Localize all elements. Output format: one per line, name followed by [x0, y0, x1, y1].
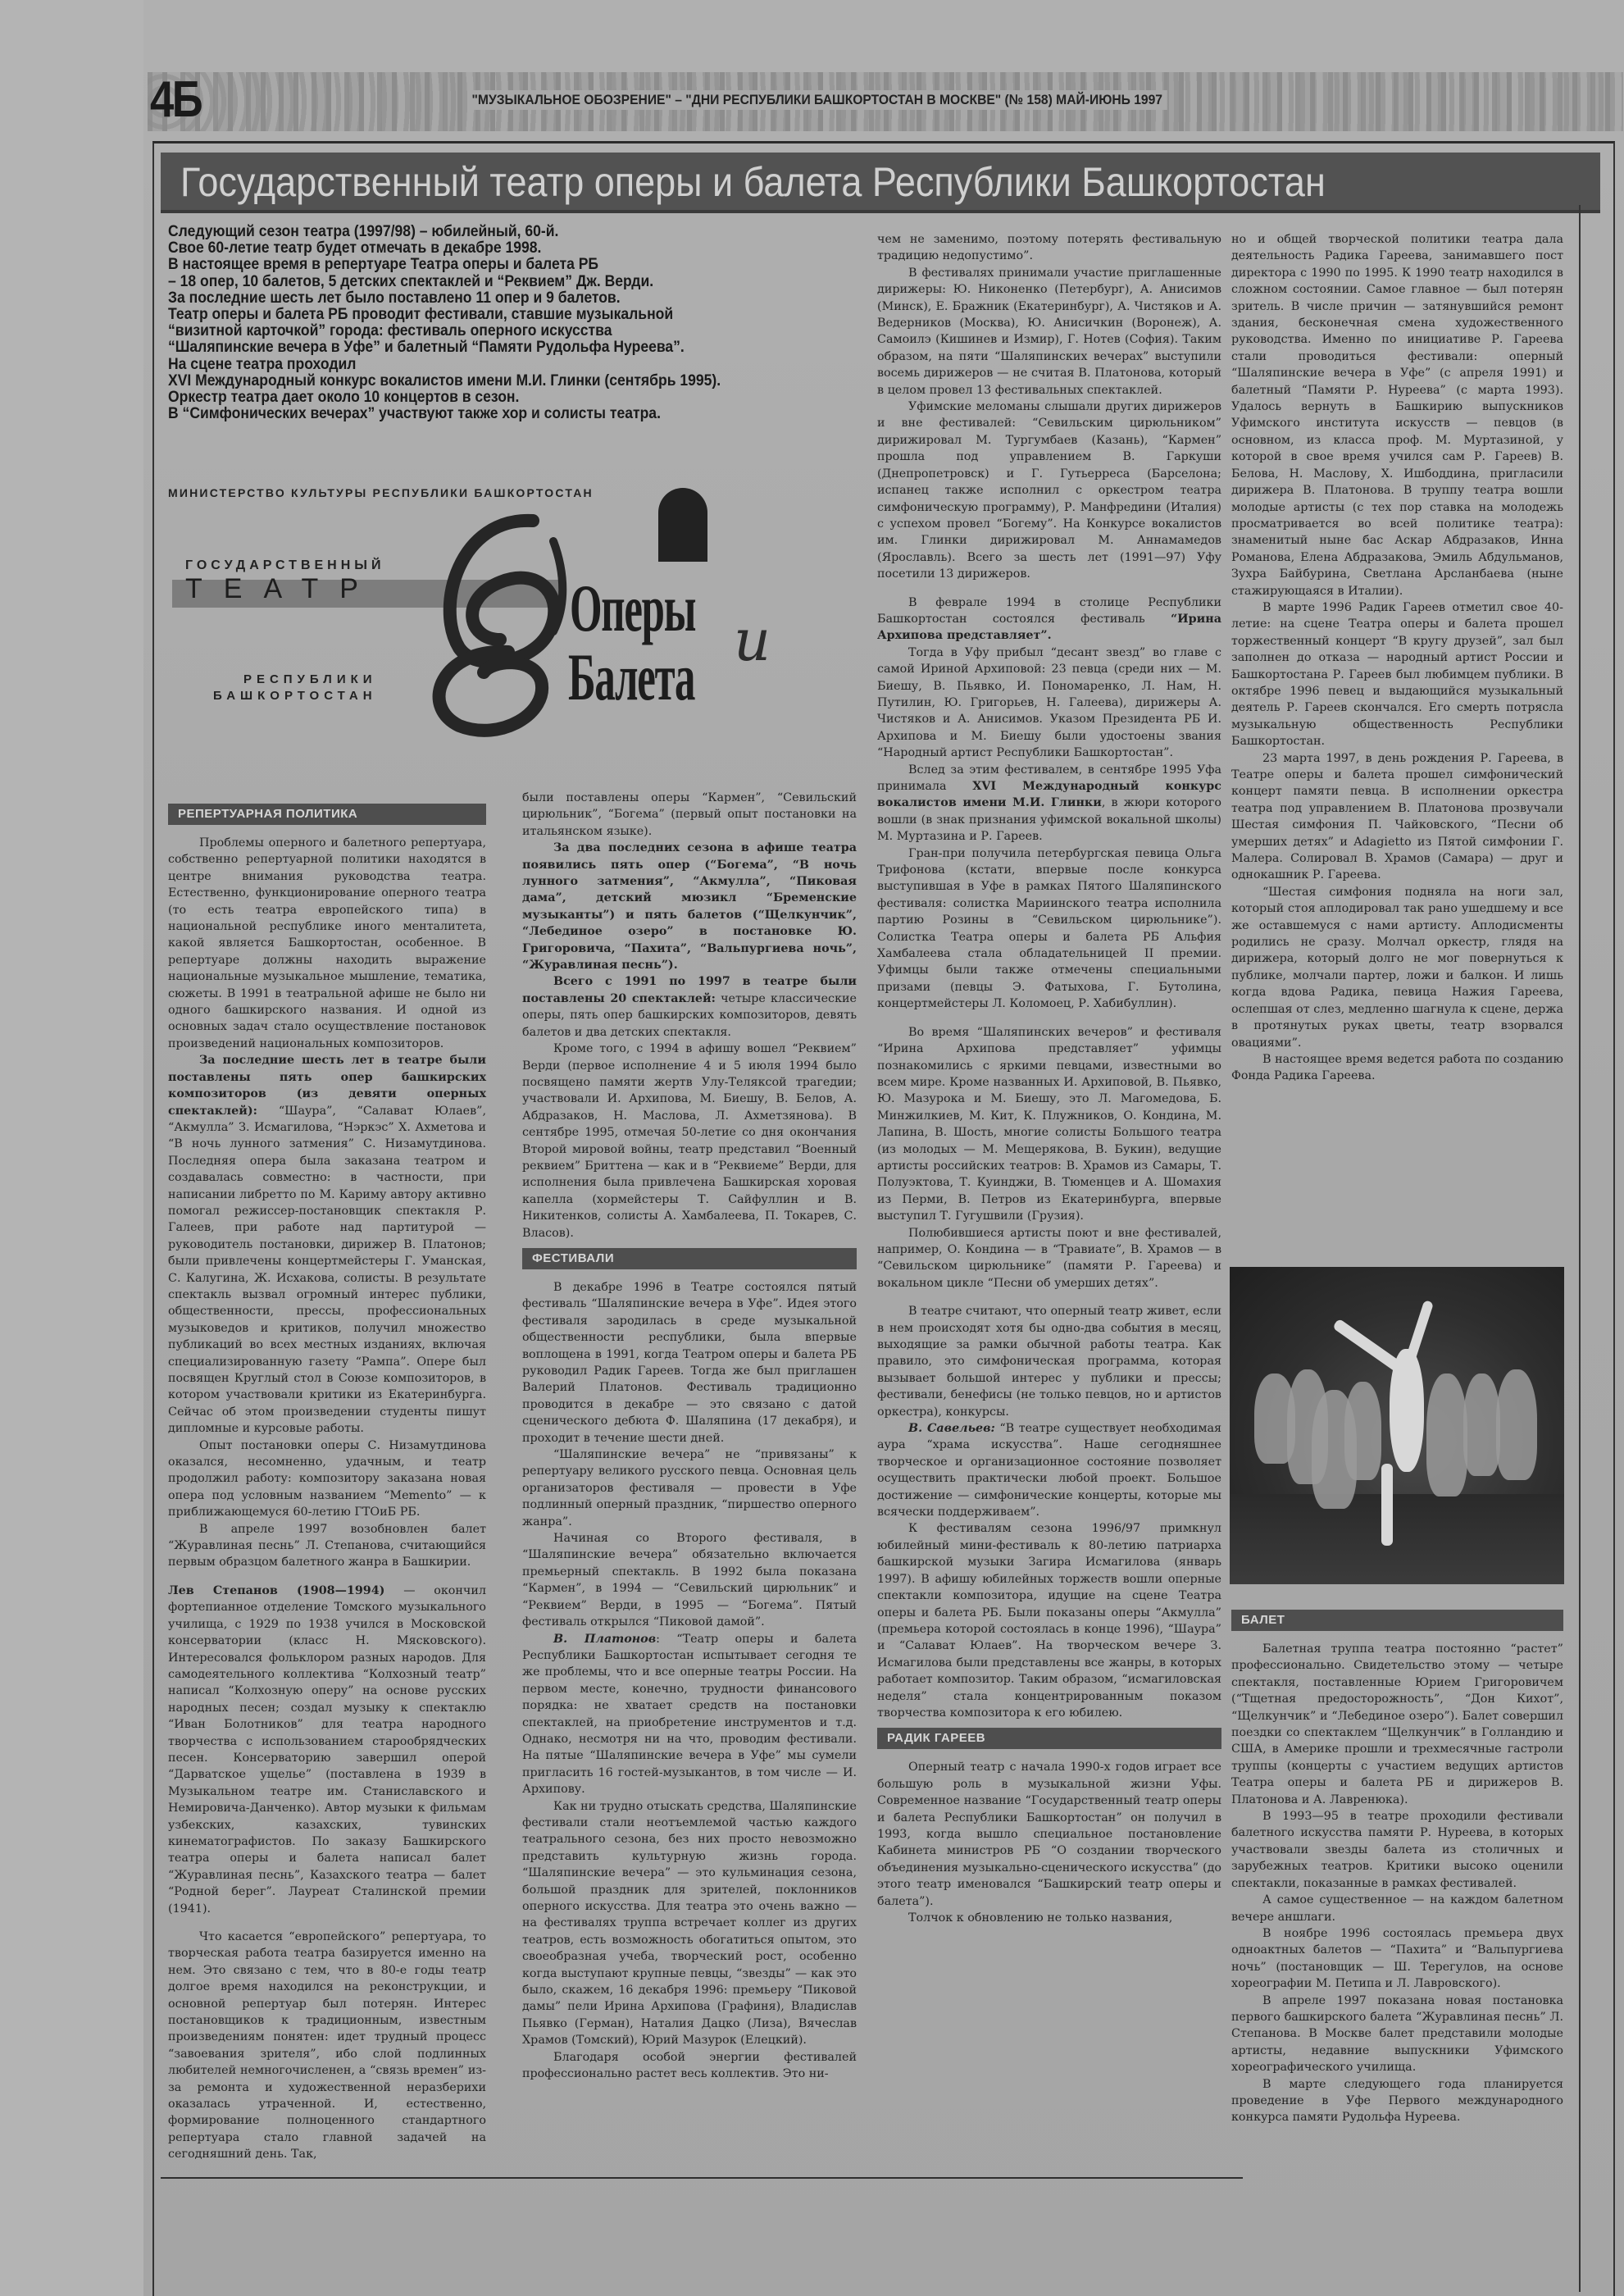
lead-line: На сцене театра проходил [168, 356, 729, 372]
quote-text: : “Театр оперы и балета Республики Башко… [522, 1633, 857, 1797]
logo-pillar-icon [658, 488, 707, 562]
page-title: Государственный театр оперы и балета Рес… [180, 153, 1449, 212]
lead-line: “Шаляпинские вечера в Уфе” и балетный “П… [168, 339, 729, 355]
dancer-figure [1496, 1369, 1537, 1480]
paragraph: В феврале 1994 в столице Республики Башк… [877, 594, 1221, 645]
paragraph: “Шаляпинские вечера” не “привязаны” к ре… [522, 1446, 857, 1530]
logo-republic-text: РЕСПУБЛИКИ БАШКОРТОСТАН [213, 672, 377, 704]
dancer-figure [1344, 1382, 1381, 1480]
ballerina-leg [1381, 1464, 1393, 1546]
quote-text: “В театре существует необходимая аура “х… [877, 1422, 1221, 1519]
paragraph: Толчок к обновлению не только названия, [877, 1910, 1221, 1926]
paragraph: Всего с 1991 по 1997 в театре были поста… [522, 973, 857, 1041]
lead-summary: Следующий сезон театра (1997/98) – юбиле… [168, 223, 729, 421]
lead-line: В “Симфонических вечерах” участвуют такж… [168, 405, 729, 421]
newspaper-page: 4Б "МУЗЫКАЛЬНОЕ ОБОЗРЕНИЕ" – "ДНИ РЕСПУБ… [0, 0, 1624, 2296]
logo-ballet-text: Балета [568, 639, 694, 716]
paragraph: В настоящее время ведется работа по созд… [1231, 1051, 1563, 1085]
paragraph: Благодаря особой энергии фестивалей проф… [522, 2049, 857, 2083]
section-heading-repertoire: РЕПЕРТУАРНАЯ ПОЛИТИКА [168, 804, 486, 825]
paragraph: Кроме того, с 1994 в афишу вошел “Реквие… [522, 1041, 857, 1241]
paragraph: В марте следующего года планируется пров… [1231, 2076, 1563, 2126]
lead-line: XVI Международный конкурс вокалистов име… [168, 372, 729, 389]
column-rule [1579, 205, 1581, 2292]
stage-floor [1230, 1494, 1564, 1584]
paragraph: Во время “Шаляпинских вечеров” и фестива… [877, 1024, 1221, 1225]
paragraph: В фестивалях принимали участие приглашен… [877, 265, 1221, 399]
paragraph: чем не заменимо, поэтому потерять фестив… [877, 231, 1221, 265]
paragraph: К фестивалям сезона 1996/97 примкнул юби… [877, 1520, 1221, 1721]
theatre-logo: ГОСУДАРСТВЕННЫЙ ТЕАТР РЕСПУБЛИКИ БАШКОРТ… [164, 488, 820, 791]
ballerina-arm [1404, 1300, 1434, 1365]
paragraph: Оперный театр с начала 1990-х годов игра… [877, 1759, 1221, 1910]
lead-line: Следующий сезон театра (1997/98) – юбиле… [168, 223, 729, 239]
paragraph: В. Платонов: “Театр оперы и балета Респу… [522, 1631, 857, 1798]
bio-name: Лев Степанов (1908—1994) [168, 1584, 384, 1597]
ballet-column: БАЛЕТ Балетная труппа театра постоянно “… [1231, 1603, 1563, 2126]
paragraph: 23 марта 1997, в день рождения Р. Гареев… [1231, 750, 1563, 884]
text: “Шаура”, “Салават Юлаев”, “Акмулла” З. И… [168, 1105, 486, 1436]
section-heading-gareev: РАДИК ГАРЕЕВ [877, 1728, 1221, 1749]
paragraph: Начиная со Второго фестиваля, в “Шаляпин… [522, 1530, 857, 1630]
paragraph: В марте 1996 Радик Гареев отметил свое 4… [1231, 599, 1563, 750]
paragraph: В ноябре 1996 состоялась премьера двух о… [1231, 1925, 1563, 1993]
quote-author: В. Платонов [553, 1633, 656, 1646]
paragraph: Гран-при получила петербургская певица О… [877, 845, 1221, 1013]
ballet-photo [1230, 1267, 1564, 1584]
column-3: чем не заменимо, поэтому потерять фестив… [877, 231, 1221, 1926]
paragraph: В. Савельев: “В театре существует необхо… [877, 1420, 1221, 1520]
logo-swirl-icon [410, 508, 574, 738]
paragraph: Балетная труппа театра постоянно “растет… [1231, 1641, 1563, 1808]
lead-line: В настоящее время в репертуаре Театра оп… [168, 256, 729, 272]
masthead: "МУЗЫКАЛЬНОЕ ОБОЗРЕНИЕ" – "ДНИ РЕСПУБЛИК… [467, 90, 1167, 110]
paragraph: Что касается “европейского” репертуара, … [168, 1929, 486, 2163]
page-number: 4Б [150, 71, 201, 129]
paragraph: Тогда в Уфу прибыл “десант звезд” во гла… [877, 645, 1221, 762]
column-4: но и общей творческой политики театра да… [1231, 231, 1563, 1085]
lead-line: За последние шесть лет было поставлено 1… [168, 289, 729, 306]
logo-state-text: ГОСУДАРСТВЕННЫЙ [185, 558, 384, 573]
quote-author: В. Савельев: [908, 1422, 995, 1435]
paragraph: В 1993—95 в театре проходили фестивали б… [1231, 1808, 1563, 1892]
bio-text: — окончил фортепианное отделение Томског… [168, 1584, 486, 1916]
section-heading-ballet: БАЛЕТ [1231, 1610, 1563, 1631]
ballerina-leg [1332, 1319, 1406, 1375]
lead-line: Оркестр театра дает около 10 концертов в… [168, 389, 729, 405]
paragraph: А самое существенное — на каждом балетно… [1231, 1892, 1563, 1925]
column-1: РЕПЕРТУАРНАЯ ПОЛИТИКА Проблемы оперного … [168, 797, 486, 2163]
lead-line: Театр оперы и балета РБ проводит фестива… [168, 306, 729, 322]
column-2: были поставлены оперы “Кармен”, “Севильс… [522, 790, 857, 2082]
paragraph: За два последних сезона в афише театра п… [522, 840, 857, 973]
paragraph: В декабре 1996 в Театре состоялся пятый … [522, 1279, 857, 1446]
logo-republic-line2: БАШКОРТОСТАН [213, 688, 377, 704]
dancer-figure [1463, 1373, 1500, 1476]
logo-opera-text: Оперы [570, 570, 695, 647]
paragraph: Вслед за этим фестивалем, в сентябре 199… [877, 762, 1221, 845]
paragraph: Опыт постановки оперы С. Низамутдинова о… [168, 1437, 486, 1521]
page-margin [0, 0, 143, 2296]
lead-line: “визитной карточкой” города: фестиваль о… [168, 322, 729, 339]
paragraph: В апреле 1997 возобновлен балет “Журавли… [168, 1521, 486, 1571]
bottom-rule [161, 2177, 1243, 2179]
paragraph: За последние шесть лет в театре были пос… [168, 1052, 486, 1437]
paragraph: В театре считают, что оперный театр живе… [877, 1303, 1221, 1420]
paragraph: Уфимские меломаны слышали других дирижер… [877, 399, 1221, 582]
dancer-figure [1426, 1373, 1467, 1496]
logo-and-text: и [734, 607, 771, 674]
lead-line: Свое 60-летие театр будет отмечать в дек… [168, 239, 729, 256]
bold-text: За два последних сезона в афише театра п… [522, 841, 857, 972]
paragraph: были поставлены оперы “Кармен”, “Севильс… [522, 790, 857, 840]
paragraph: Полюбившиеся артисты поют и вне фестивал… [877, 1225, 1221, 1292]
bio-paragraph: Лев Степанов (1908—1994) — окончил форте… [168, 1583, 486, 1917]
lead-line: – 18 опер, 10 балетов, 5 детских спектак… [168, 273, 729, 289]
section-heading-festivals: ФЕСТИВАЛИ [522, 1248, 857, 1269]
paragraph: “Шестая симфония подняла на ноги зал, ко… [1231, 884, 1563, 1051]
logo-theatre-text: ТЕАТР [185, 573, 380, 605]
paragraph: Проблемы оперного и балетного репертуара… [168, 835, 486, 1052]
logo-republic-line1: РЕСПУБЛИКИ [213, 672, 377, 688]
paragraph: Как ни трудно отыскать средства, Шаляпин… [522, 1798, 857, 2049]
paragraph: В апреле 1997 показана новая постановка … [1231, 1993, 1563, 2076]
paragraph: но и общей творческой политики театра да… [1231, 231, 1563, 599]
